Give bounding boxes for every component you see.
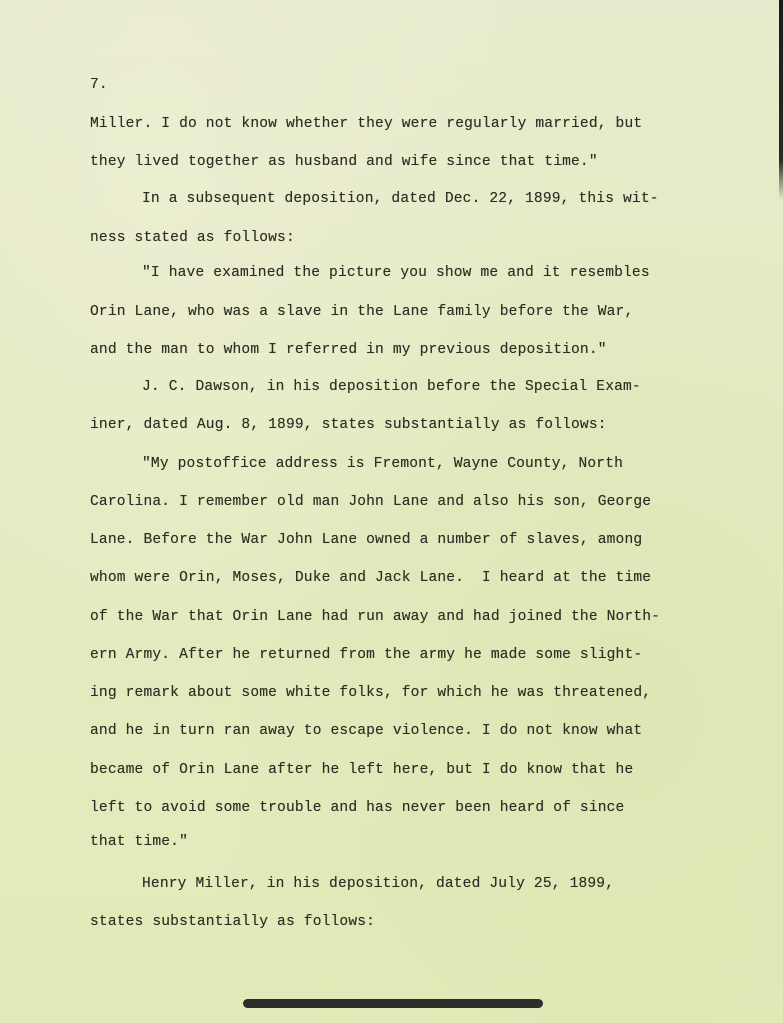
text-line-16: ing remark about some white folks, for w… <box>90 683 651 703</box>
text-line-6: Orin Lane, who was a slave in the Lane f… <box>90 302 633 322</box>
text-line-17: and he in turn ran away to escape violen… <box>90 721 642 741</box>
text-line-3: In a subsequent deposition, dated Dec. 2… <box>142 189 659 209</box>
text-line-8: J. C. Dawson, in his deposition before t… <box>142 377 641 397</box>
text-line-15: ern Army. After he returned from the arm… <box>90 645 642 665</box>
text-line-1: Miller. I do not know whether they were … <box>90 114 642 134</box>
text-line-22: states substantially as follows: <box>90 912 375 932</box>
text-line-14: of the War that Orin Lane had run away a… <box>90 607 660 627</box>
document-page: 7. Miller. I do not know whether they we… <box>0 0 783 1023</box>
text-line-4: ness stated as follows: <box>90 228 295 248</box>
text-line-21: Henry Miller, in his deposition, dated J… <box>142 874 614 894</box>
text-line-10: "My postoffice address is Fremont, Wayne… <box>142 454 623 474</box>
text-line-13: whom were Orin, Moses, Duke and Jack Lan… <box>90 568 651 588</box>
text-line-19: left to avoid some trouble and has never… <box>90 798 624 818</box>
text-line-18: became of Orin Lane after he left here, … <box>90 760 633 780</box>
text-line-11: Carolina. I remember old man John Lane a… <box>90 492 651 512</box>
text-line-9: iner, dated Aug. 8, 1899, states substan… <box>90 415 607 435</box>
text-line-7: and the man to whom I referred in my pre… <box>90 340 607 360</box>
page-edge-shadow <box>779 0 783 200</box>
text-line-5: "I have examined the picture you show me… <box>142 263 650 283</box>
page-number: 7. <box>90 75 108 95</box>
text-line-12: Lane. Before the War John Lane owned a n… <box>90 530 642 550</box>
text-line-2: they lived together as husband and wife … <box>90 152 598 172</box>
home-indicator-bar[interactable] <box>243 999 543 1008</box>
text-line-20: that time." <box>90 832 188 852</box>
